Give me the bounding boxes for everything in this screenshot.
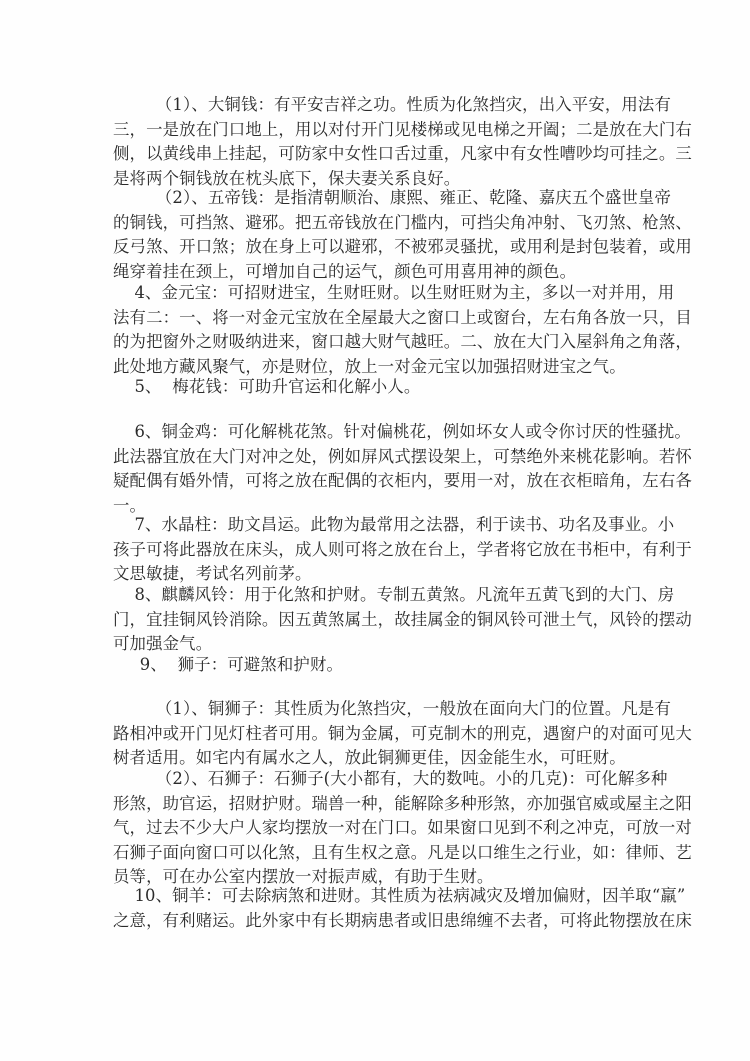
paragraph-shi-zi: 9、 狮子：可避煞和护财。 bbox=[113, 653, 639, 678]
text-line: 4、金元宝：可招财进宝，生财旺财。以生财旺财为主，多以一对并用，用 bbox=[113, 281, 639, 306]
text-line: 石狮子面向窗口可以化煞，且有生权之意。凡是以口维生之行业，如：律师、艺 bbox=[113, 841, 639, 866]
text-line: （2）、石狮子：石狮子(大小都有，大的数吨。小的几克)：可化解多种 bbox=[113, 767, 639, 792]
paragraph-shui-jing-zhu: 7、水晶柱：助文昌运。此物为最常用之法器，利于读书、功名及事业。小 孩子可将此器… bbox=[113, 513, 639, 587]
paragraph-wu-di-qian: （2）、五帝钱：是指清朝顺治、康熙、雍正、乾隆、嘉庆五个盛世皇帝 的铜钱，可挡煞… bbox=[113, 186, 639, 284]
text-line: 疑配偶有婚外情，可将之放在配偶的衣柜内，要用一对，放在衣柜暗角，左右各 bbox=[113, 469, 639, 494]
text-line: （1）、大铜钱：有平安吉祥之功。性质为化煞挡灾，出入平安，用法有 bbox=[113, 93, 639, 118]
paragraph-da-tong-qian: （1）、大铜钱：有平安吉祥之功。性质为化煞挡灾，出入平安，用法有 三，一是放在门… bbox=[113, 93, 639, 191]
text-line: 形煞，助官运，招财护财。瑞兽一种，能解除多种形煞，亦加强官威或屋主之阳 bbox=[113, 792, 639, 817]
text-line: 法有二：一、将一对金元宝放在全屋最大之窗口上或窗台，左右角各放一只，目 bbox=[113, 306, 639, 331]
text-line: 7、水晶柱：助文昌运。此物为最常用之法器，利于读书、功名及事业。小 bbox=[113, 513, 639, 538]
text-line: 侧，以黄线串上挂起，可防家中女性口舌过重，凡家中有女性嘈吵均可挂之。三 bbox=[113, 142, 639, 167]
paragraph-qi-lin-feng-ling: 8、麒麟风铃：用于化煞和护财。专制五黄煞。凡流年五黄飞到的大门、房 门，宜挂铜风… bbox=[113, 583, 639, 657]
text-line: 10、铜羊：可去除病煞和进财。其性质为祛病减灾及增加偏财，因羊取“羸” bbox=[113, 884, 639, 909]
document-page: （1）、大铜钱：有平安吉祥之功。性质为化煞挡灾，出入平安，用法有 三，一是放在门… bbox=[0, 0, 750, 1061]
text-line: 9、 狮子：可避煞和护财。 bbox=[113, 653, 639, 678]
paragraph-tong-shi-zi: （1）、铜狮子：其性质为化煞挡灾，一般放在面向大门的位置。凡是有 路相冲或开门见… bbox=[113, 697, 639, 771]
text-line: 反弓煞、开口煞；放在身上可以避邪，不被邪灵骚扰，或用利是封包装着，或用 bbox=[113, 235, 639, 260]
text-line: 门，宜挂铜风铃消除。因五黄煞属土，故挂属金的铜风铃可泄土气，风铃的摆动 bbox=[113, 608, 639, 633]
text-line: 之意，有利赌运。此外家中有长期病患者或旧患绵缠不去者，可将此物摆放在床 bbox=[113, 909, 639, 934]
paragraph-jin-yuan-bao: 4、金元宝：可招财进宝，生财旺财。以生财旺财为主，多以一对并用，用 法有二：一、… bbox=[113, 281, 639, 379]
paragraph-mei-hua-qian: 5、 梅花钱：可助升官运和化解小人。 bbox=[113, 375, 639, 400]
text-line: （1）、铜狮子：其性质为化煞挡灾，一般放在面向大门的位置。凡是有 bbox=[113, 697, 639, 722]
text-line: （2）、五帝钱：是指清朝顺治、康熙、雍正、乾隆、嘉庆五个盛世皇帝 bbox=[113, 186, 639, 211]
paragraph-tong-jin-ji: 6、铜金鸡：可化解桃花煞。针对偏桃花，例如坏女人或令你讨厌的性骚扰。 此法器宜放… bbox=[113, 420, 639, 518]
text-line: 的铜钱，可挡煞、避邪。把五帝钱放在门槛内，可挡尖角冲射、飞刃煞、枪煞、 bbox=[113, 211, 639, 236]
text-line: 的为把窗外之财吸纳进来，窗口越大财气越旺。二、放在大门入屋斜角之角落， bbox=[113, 330, 639, 355]
text-line: 三，一是放在门口地上，用以对付开门见楼梯或见电梯之开阖；二是放在大门右 bbox=[113, 118, 639, 143]
paragraph-shi-shi-zi: （2）、石狮子：石狮子(大小都有，大的数吨。小的几克)：可化解多种 形煞，助官运… bbox=[113, 767, 639, 890]
paragraph-tong-yang: 10、铜羊：可去除病煞和进财。其性质为祛病减灾及增加偏财，因羊取“羸” 之意，有… bbox=[113, 884, 639, 933]
text-line: 孩子可将此器放在床头，成人则可将之放在台上，学者将它放在书柜中，有利于 bbox=[113, 538, 639, 563]
text-line: 5、 梅花钱：可助升官运和化解小人。 bbox=[113, 375, 639, 400]
text-line: 此法器宜放在大门对冲之处，例如屏风式摆设架上，可禁绝外来桃花影响。若怀 bbox=[113, 445, 639, 470]
text-line: 路相冲或开门见灯柱者可用。铜为金属，可克制木的刑克，遇窗户的对面可见大 bbox=[113, 722, 639, 747]
text-line: 6、铜金鸡：可化解桃花煞。针对偏桃花，例如坏女人或令你讨厌的性骚扰。 bbox=[113, 420, 639, 445]
text-line: 气，过去不少大户人家均摆放一对在门口。如果窗口见到不利之冲克，可放一对 bbox=[113, 816, 639, 841]
text-line: 8、麒麟风铃：用于化煞和护财。专制五黄煞。凡流年五黄飞到的大门、房 bbox=[113, 583, 639, 608]
